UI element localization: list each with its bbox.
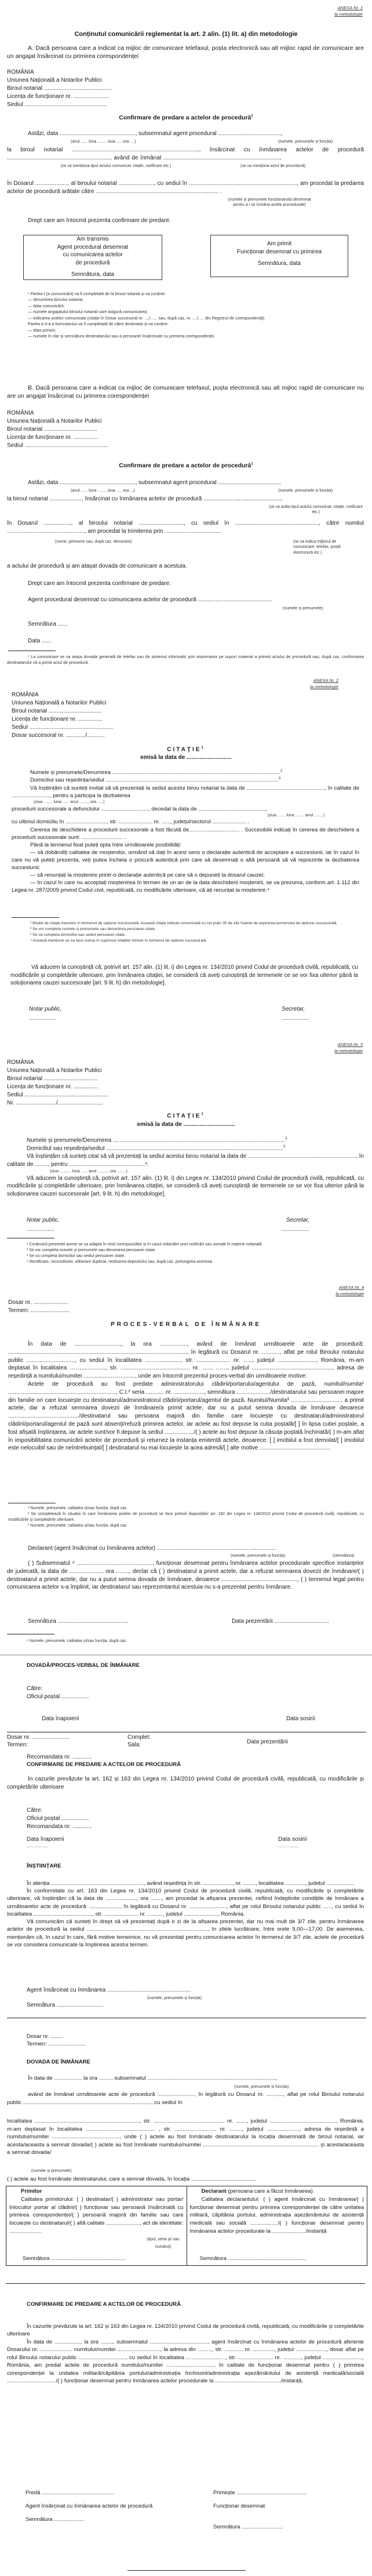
section-a-intro: A. Dacă persoana care a indicat ca mijlo… — [7, 44, 364, 61]
citatie-3-body: Numele și prenumele/Denumirea ..........… — [7, 1136, 364, 1198]
anexa-3-label: ANEXA Nr. 3la metodologie — [334, 1041, 363, 1055]
proces-verbal-body: În data de .............................… — [8, 1340, 364, 1452]
primitor-declarant-table: Primitor Calitatea primitorului: ( ) des… — [6, 2186, 367, 2266]
confirm-a-line3: în Dosarul ...................., al biro… — [7, 180, 364, 196]
primitor-cell: Primitor Calitatea primitorului: ( ) des… — [6, 2186, 187, 2265]
instiintare-body: În atenția .............................… — [7, 1880, 364, 1949]
office-header-b: ROMÂNIAUniunea Națională a Notarilor Pub… — [7, 409, 108, 450]
confirm-a-line1: Astăzi, data ...........................… — [7, 130, 364, 138]
dovada-inmanare-title: DOVADA DE ÎNMÂNARE — [27, 2058, 372, 2066]
confirm-title-a: Confirmare de predare a actelor de proce… — [0, 114, 372, 122]
confirm-title-2-anexa4: CONFIRMARE DE PREDARE A ACTELOR DE PROCE… — [27, 2301, 372, 2308]
footnotes-anexa3: ¹ Conținutul prezentei anexe se va adapt… — [7, 1242, 364, 1266]
signature-box-sender: Am transmisAgent procedural desemnatcu c… — [23, 235, 162, 280]
end-rule — [127, 2570, 246, 2571]
office-header-a: ROMÂNIAUniunea Națională a Notarilor Pub… — [7, 68, 112, 109]
citatie-2-body: Numele și prenumele/Denumirea ..........… — [12, 769, 359, 895]
citatie-title-2: CITAȚIE1 — [0, 746, 372, 754]
confirm-2-body: În cazurile prevăzute la art. 162 și 163… — [7, 2323, 364, 2385]
aducem-anexa2: Vă aducem la cunoștință că, potrivit art… — [10, 964, 358, 987]
confirm-title-anexa4: CONFIRMARE DE PREDARE A ACTELOR DE PROCE… — [27, 1761, 372, 1769]
footnotes-a: ¹ Partea I (a comunicării) va fi complet… — [7, 291, 364, 340]
anexa-2-label: ANEXA Nr. 2la metodologie — [310, 677, 338, 691]
office-header-anexa3: ROMÂNIAUniunea Națională a Notarilor Pub… — [7, 1059, 108, 1107]
citatie-title-3: CITAȚIE1 — [0, 1112, 372, 1120]
dovada-pv-title: DOVADĂ/PROCES-VERBAL DE ÎNMÂNARE — [27, 1662, 372, 1669]
drept-care-a: Drept care am întocmit prezenta confirma… — [28, 217, 352, 225]
confirm-title-b: Confirmare de predare a actelor de proce… — [0, 462, 372, 470]
section-b-intro: B. Dacă persoana care a indicat ca mijlo… — [7, 384, 364, 401]
office-header-anexa2: ROMÂNIAUniunea Națională a Notarilor Pub… — [12, 691, 113, 740]
anexa-4-label: ANEXA Nr. 4la metodologie — [335, 1284, 364, 1298]
anexa-1-title: Conținutul comunicării reglementat la ar… — [0, 30, 372, 39]
footnote-b: ¹ La comunicare se va atașa dovada gener… — [7, 654, 364, 666]
signature-box-receiver: Am primitFuncționar desemnat cu primirea… — [210, 235, 348, 277]
footnotes-anexa4: ¹ Numele, prenumele, calitatea și/sau fu… — [8, 1506, 364, 1529]
instiintare-title: ÎNȘTIINȚARE — [27, 1862, 372, 1870]
footnotes-anexa2: ¹ Model de citație transmis în termenul … — [12, 921, 359, 943]
anexa-1-label: ANEXA Nr. 1 la metodologie — [334, 5, 363, 18]
confirm-a-line2: la biroul notarial .....................… — [7, 146, 364, 162]
declarant-cell: Declarant (persoana care a făcut înmânar… — [187, 2186, 367, 2265]
proces-verbal-title: PROCES-VERBAL DE ÎNMÂNARE — [0, 1321, 372, 1329]
